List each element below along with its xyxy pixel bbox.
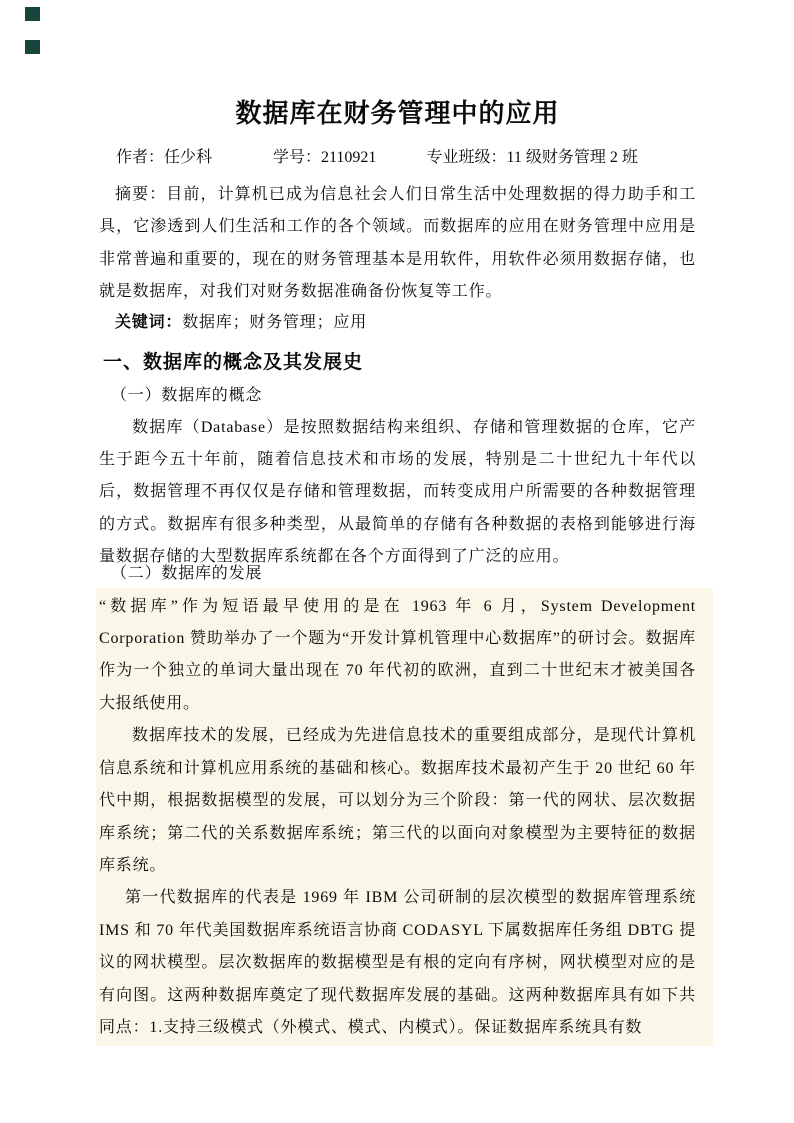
keywords-text: 数据库；财务管理；应用 xyxy=(182,314,367,331)
abstract-label: 摘要： xyxy=(115,186,166,203)
document-content: 数据库在财务管理中的应用 作者：任少科 学号：2110921 专业班级：11 级… xyxy=(99,0,696,1046)
paragraph-database-concept: 数据库（Database）是按照数据结构来组织、存储和管理数据的仓库，它产生于距… xyxy=(99,412,696,574)
highlighted-block: “数据库”作为短语最早使用的是在 1963 年 6 月，System Devel… xyxy=(96,588,713,1047)
byline-class: 专业班级：11 级财务管理 2 班 xyxy=(426,147,637,169)
byline-author: 作者：任少科 xyxy=(116,147,212,169)
document-page: 数据库在财务管理中的应用 作者：任少科 学号：2110921 专业班级：11 级… xyxy=(0,0,794,1123)
abstract-text: 目前，计算机已成为信息社会人们日常生活中处理数据的得力助手和工具，它渗透到人们生… xyxy=(99,186,696,300)
paragraph-first-generation: 第一代数据库的代表是 1969 年 IBM 公司研制的层次模型的数据库管理系统 … xyxy=(99,882,696,1044)
paragraph-database-phrase: “数据库”作为短语最早使用的是在 1963 年 6 月，System Devel… xyxy=(99,591,696,721)
corner-marker-icon xyxy=(25,40,40,54)
section-heading-concept-history: 一、数据库的概念及其发展史 xyxy=(99,350,696,376)
subsection-heading-concept: （一）数据库的概念 xyxy=(99,385,696,406)
keywords-label: 关键词： xyxy=(115,314,182,331)
byline-student-id: 学号：2110921 xyxy=(273,147,376,169)
keywords-line: 关键词：数据库；财务管理；应用 xyxy=(99,312,696,334)
document-title: 数据库在财务管理中的应用 xyxy=(99,96,696,132)
corner-marker-icon xyxy=(25,7,40,21)
byline: 作者：任少科 学号：2110921 专业班级：11 级财务管理 2 班 xyxy=(99,147,696,169)
abstract-paragraph: 摘要：目前，计算机已成为信息社会人们日常生活中处理数据的得力助手和工具，它渗透到… xyxy=(99,179,696,309)
paragraph-database-technology: 数据库技术的发展，已经成为先进信息技术的重要组成部分，是现代计算机信息系统和计算… xyxy=(99,720,696,882)
